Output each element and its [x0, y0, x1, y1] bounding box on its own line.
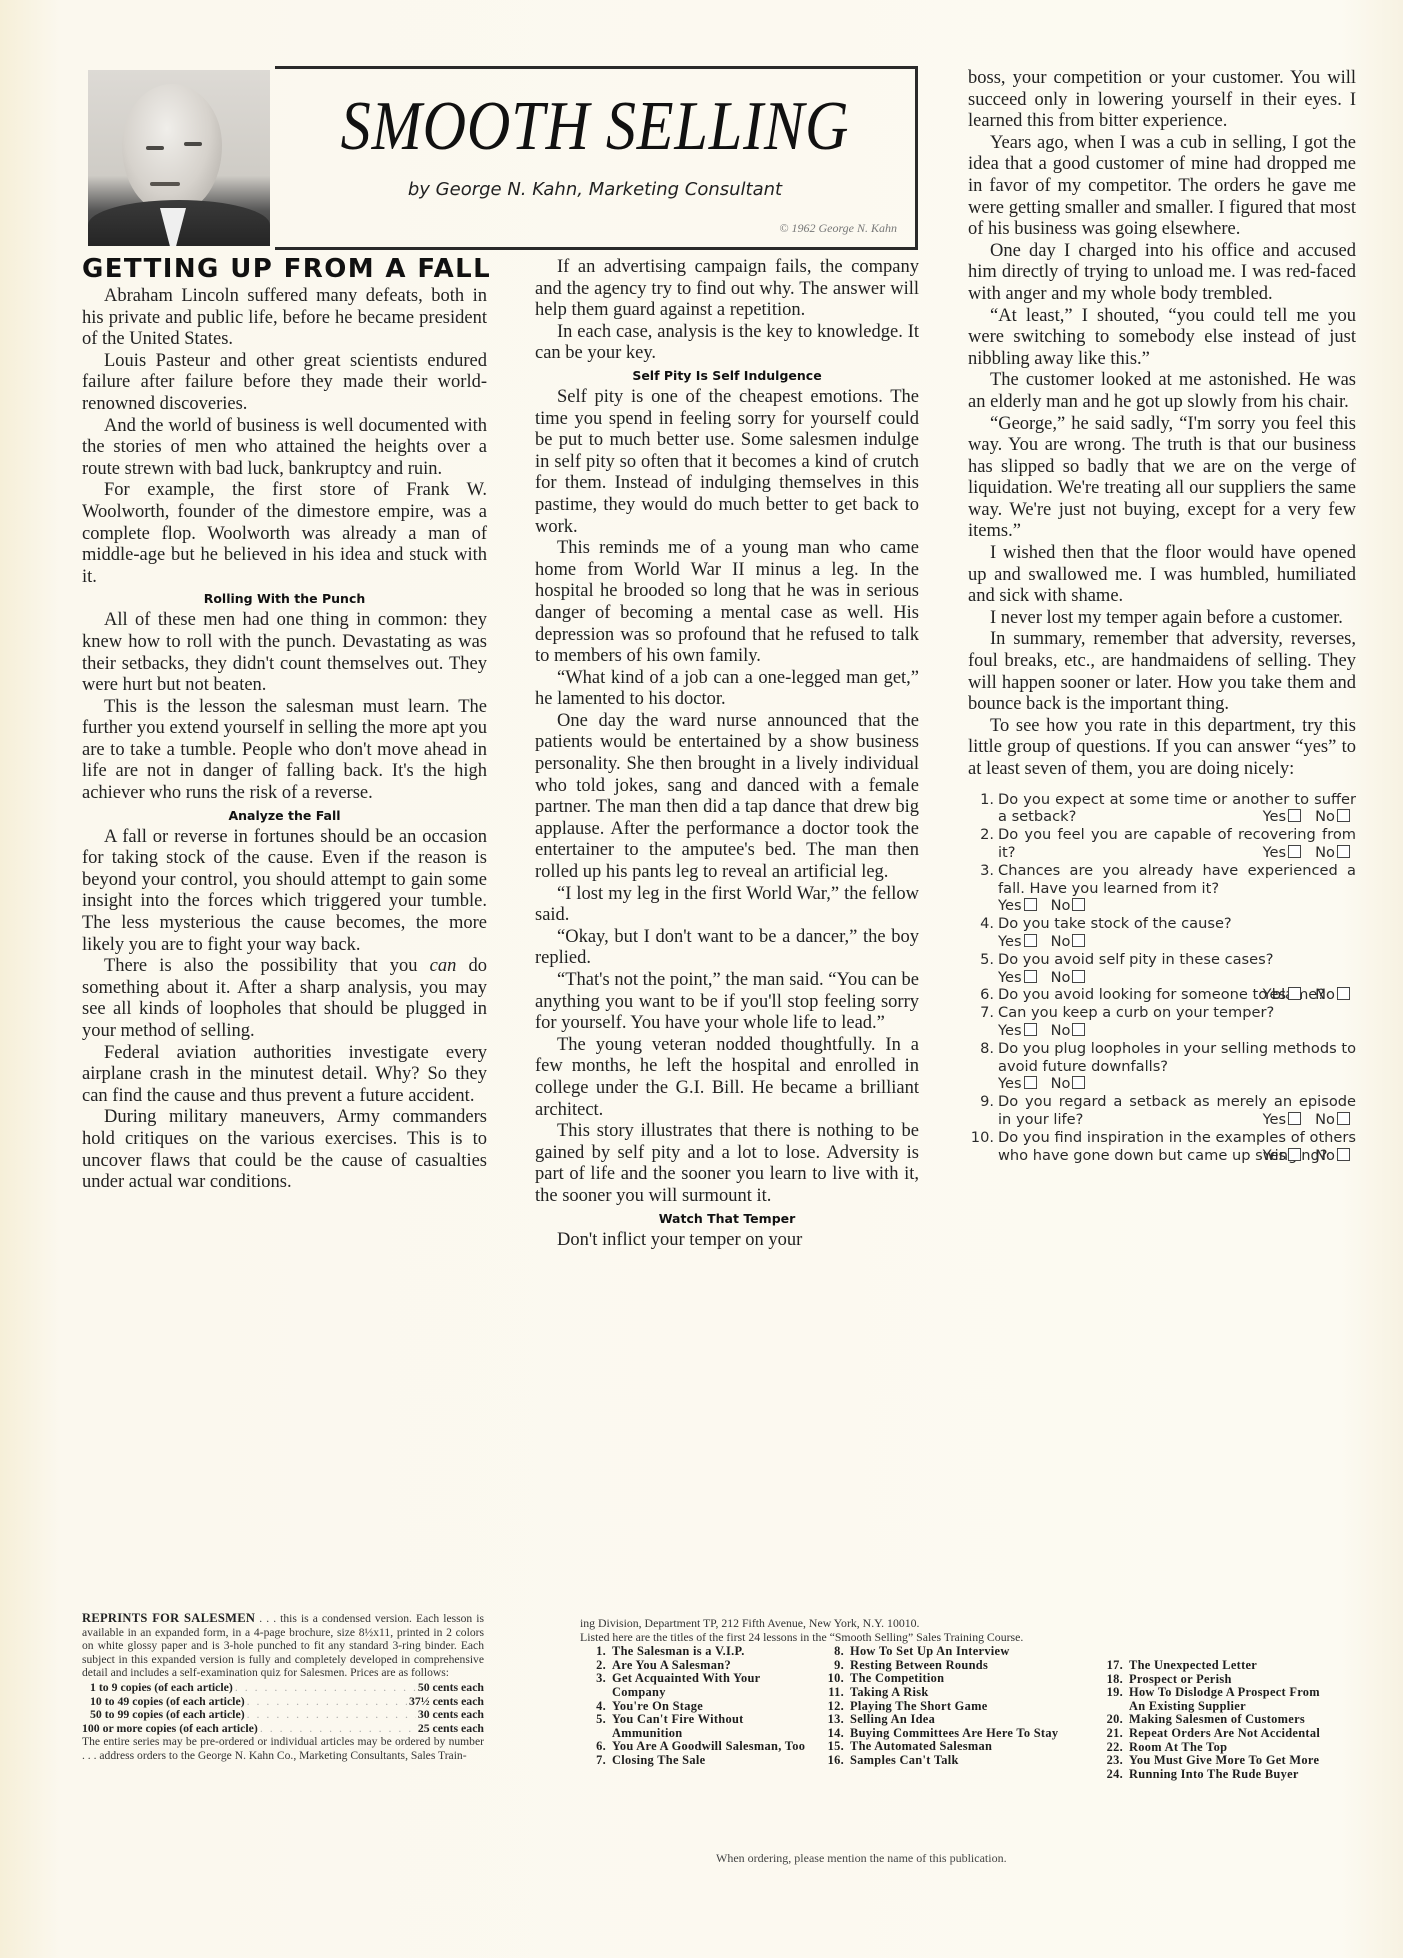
yes-checkbox[interactable]	[1288, 987, 1301, 1000]
lesson-number: 22.	[1095, 1741, 1123, 1755]
lesson-title: Taking A Risk	[850, 1686, 1088, 1700]
paragraph: One day the ward nurse announced that th…	[535, 711, 919, 884]
lessons-intro: Listed here are the titles of the first …	[580, 1631, 1088, 1645]
copyright-notice: © 1962 George N. Kahn	[779, 221, 897, 236]
no-checkbox[interactable]	[1072, 898, 1085, 911]
lesson-item: 6.You Are A Goodwill Salesman, Too	[580, 1740, 810, 1754]
question-number: 4.	[968, 915, 994, 933]
answer-options: YesNo	[998, 969, 1356, 987]
paragraph: I never lost my temper again before a cu…	[968, 608, 1356, 630]
author-photo	[88, 70, 270, 246]
paragraph: “What kind of a job can a one-legged man…	[535, 668, 919, 711]
price-quantity: 100 or more copies (of each article)	[82, 1722, 258, 1736]
paragraph: One day I charged into his office and ac…	[968, 241, 1356, 306]
question-number: 3.	[968, 862, 994, 880]
leader-dots: . . . . . . . . . . . . . . . . . . . .	[247, 1695, 407, 1709]
price-quantity: 10 to 49 copies (of each article)	[90, 1695, 245, 1709]
lessons-column-a: 1.The Salesman is a V.I.P.2.Are You A Sa…	[580, 1645, 810, 1767]
no-checkbox[interactable]	[1072, 1076, 1085, 1089]
lesson-title: Repeat Orders Are Not Accidental	[1129, 1727, 1335, 1741]
article-column-2: If an advertising campaign fails, the co…	[535, 257, 919, 1251]
quiz-question: 1.Do you expect at some time or another …	[968, 791, 1356, 827]
no-checkbox[interactable]	[1337, 845, 1350, 858]
leader-dots: . . . . . . . . . . . . . . . . . . . .	[235, 1681, 416, 1695]
order-instructions: The entire series may be pre-ordered or …	[82, 1735, 484, 1762]
paragraph: Federal aviation authorities investigate…	[82, 1043, 487, 1108]
lesson-item: 19.How To Dislodge A Prospect From An Ex…	[1095, 1686, 1335, 1713]
question-number: 6.	[968, 986, 994, 1004]
lessons-column-c-wrap: 17.The Unexpected Letter18.Prospect or P…	[1095, 1659, 1335, 1781]
no-label: No	[1315, 1111, 1335, 1128]
no-label: No	[1315, 986, 1335, 1003]
yes-label: Yes	[998, 1075, 1022, 1092]
paragraph: I wished then that the floor would have …	[968, 543, 1356, 608]
lesson-number: 11.	[818, 1686, 844, 1700]
paragraph: During military maneuvers, Army commande…	[82, 1107, 487, 1193]
lesson-number: 20.	[1095, 1713, 1123, 1727]
quiz-question: 6.Do you avoid looking for someone to bl…	[968, 986, 1356, 1004]
no-checkbox[interactable]	[1337, 1148, 1350, 1161]
lesson-item: 9.Resting Between Rounds	[818, 1659, 1088, 1673]
lesson-number: 8.	[818, 1645, 844, 1659]
ordering-note: When ordering, please mention the name o…	[716, 1851, 1007, 1866]
photo-eye	[146, 146, 164, 150]
price-quantity: 50 to 99 copies (of each article)	[90, 1708, 245, 1722]
column-3-body: boss, your competition or your customer.…	[968, 68, 1356, 781]
subheading: Self Pity Is Self Indulgence	[535, 366, 919, 386]
yes-label: Yes	[998, 1022, 1022, 1039]
lesson-title: Selling An Idea	[850, 1713, 1088, 1727]
price-list: 1 to 9 copies (of each article). . . . .…	[82, 1681, 484, 1735]
question-number: 10.	[968, 1129, 994, 1147]
yes-checkbox[interactable]	[1288, 845, 1301, 858]
lesson-title: The Competition	[850, 1672, 1088, 1686]
quiz-question: 7.Can you keep a curb on your temper?Yes…	[968, 1004, 1356, 1040]
lesson-item: 13.Selling An Idea	[818, 1713, 1088, 1727]
yes-label: Yes	[1263, 1147, 1287, 1164]
no-checkbox[interactable]	[1072, 1023, 1085, 1036]
lesson-title: Closing The Sale	[612, 1754, 810, 1768]
yes-checkbox[interactable]	[1288, 1148, 1301, 1161]
quiz-question: 9.Do you regard a setback as merely an e…	[968, 1093, 1356, 1129]
lesson-number: 4.	[580, 1700, 606, 1714]
no-checkbox[interactable]	[1072, 934, 1085, 947]
lesson-item: 12.Playing The Short Game	[818, 1700, 1088, 1714]
lesson-item: 11.Taking A Risk	[818, 1686, 1088, 1700]
no-label: No	[1051, 897, 1071, 914]
lesson-listing: ing Division, Department TP, 212 Fifth A…	[580, 1617, 1088, 1768]
paragraph: In summary, remember that adversity, rev…	[968, 629, 1356, 715]
leader-dots: . . . . . . . . . . . . . . . . . . . .	[260, 1722, 416, 1736]
lesson-item: 5.You Can't Fire Without Ammunition	[580, 1713, 810, 1740]
lessons-column-c: 17.The Unexpected Letter18.Prospect or P…	[1095, 1659, 1335, 1781]
paragraph: “George,” he said sadly, “I'm sorry you …	[968, 414, 1356, 544]
lesson-number: 12.	[818, 1700, 844, 1714]
question-number: 8.	[968, 1040, 994, 1058]
lesson-number: 17.	[1095, 1659, 1123, 1673]
yes-label: Yes	[998, 969, 1022, 986]
subheading: Watch That Temper	[535, 1209, 919, 1229]
answer-options: YesNo	[998, 844, 1356, 862]
yes-label: Yes	[1263, 986, 1287, 1003]
paragraph: Louis Pasteur and other great scientists…	[82, 351, 487, 416]
paragraph: This reminds me of a young man who came …	[535, 538, 919, 668]
self-quiz: 1.Do you expect at some time or another …	[968, 791, 1356, 1165]
lesson-title: Resting Between Rounds	[850, 1659, 1088, 1673]
quiz-question: 5.Do you avoid self pity in these cases?…	[968, 951, 1356, 987]
lesson-item: 22.Room At The Top	[1095, 1741, 1335, 1755]
lesson-title: Buying Committees Are Here To Stay	[850, 1727, 1088, 1741]
paragraph: This is the lesson the salesman must lea…	[82, 697, 487, 805]
price-row: 1 to 9 copies (of each article). . . . .…	[82, 1681, 484, 1695]
question-text: Chances are you already have experienced…	[998, 862, 1356, 898]
lesson-item: 2.Are You A Salesman?	[580, 1659, 810, 1673]
lesson-item: 1.The Salesman is a V.I.P.	[580, 1645, 810, 1659]
article-column-3: boss, your competition or your customer.…	[968, 68, 1356, 1164]
lesson-title: The Salesman is a V.I.P.	[612, 1645, 810, 1659]
lesson-item: 24.Running Into The Rude Buyer	[1095, 1768, 1335, 1782]
quiz-question: 8.Do you plug loopholes in your selling …	[968, 1040, 1356, 1093]
quiz-question: 10.Do you find inspiration in the exampl…	[968, 1129, 1356, 1165]
reprints-notice: REPRINTS FOR SALESMEN . . . this is a co…	[82, 1612, 484, 1763]
question-text: Do you avoid self pity in these cases?	[998, 951, 1356, 969]
byline: by George N. Kahn, Marketing Consultant	[275, 179, 915, 200]
question-text: Can you keep a curb on your temper?	[998, 1004, 1356, 1022]
emphasis: can	[430, 956, 457, 976]
lesson-title: The Unexpected Letter	[1129, 1659, 1335, 1673]
paragraph: The customer looked at me astonished. He…	[968, 370, 1356, 413]
paragraph: The young veteran nodded thoughtfully. I…	[535, 1035, 919, 1121]
lesson-title: You're On Stage	[612, 1700, 810, 1714]
no-label: No	[1051, 1075, 1071, 1092]
lessons-grid: 1.The Salesman is a V.I.P.2.Are You A Sa…	[580, 1645, 1088, 1767]
no-checkbox[interactable]	[1337, 809, 1350, 822]
lesson-title: Get Acquainted With Your Company	[612, 1672, 810, 1699]
lesson-item: 15.The Automated Salesman	[818, 1740, 1088, 1754]
paragraph: Don't inflict your temper on your	[535, 1230, 919, 1252]
lesson-item: 3.Get Acquainted With Your Company	[580, 1672, 810, 1699]
lesson-title: You Can't Fire Without Ammunition	[612, 1713, 810, 1740]
no-checkbox[interactable]	[1337, 1112, 1350, 1125]
paragraph: In each case, analysis is the key to kno…	[535, 322, 919, 365]
paragraph: This story illustrates that there is not…	[535, 1121, 919, 1207]
lesson-number: 15.	[818, 1740, 844, 1754]
order-address: ing Division, Department TP, 212 Fifth A…	[580, 1617, 1088, 1631]
reprints-lead: REPRINTS FOR SALESMEN	[82, 1611, 255, 1625]
answer-options: YesNo	[998, 1075, 1356, 1093]
photo-head	[122, 84, 222, 212]
paragraph: Self pity is one of the cheapest emotion…	[535, 387, 919, 538]
paragraph-text: There is also the possibility that you	[104, 956, 430, 976]
price-value: 37½ cents each	[409, 1695, 484, 1709]
lesson-number: 3.	[580, 1672, 606, 1699]
yes-checkbox[interactable]	[1024, 898, 1037, 911]
price-value: 30 cents each	[418, 1708, 484, 1722]
lesson-title: How To Set Up An Interview	[850, 1645, 1088, 1659]
price-row: 10 to 49 copies (of each article). . . .…	[82, 1695, 484, 1709]
lesson-number: 10.	[818, 1672, 844, 1686]
no-label: No	[1315, 844, 1335, 861]
article-headline: GETTING UP FROM A FALL	[82, 254, 487, 284]
paragraph: “Okay, but I don't want to be a dancer,”…	[535, 927, 919, 970]
answer-options: YesNo	[998, 897, 1356, 915]
lesson-item: 7.Closing The Sale	[580, 1754, 810, 1768]
page-title: SMOOTH SELLING	[320, 87, 870, 167]
paragraph: “At least,” I shouted, “you could tell m…	[968, 306, 1356, 371]
paragraph: Abraham Lincoln suffered many defeats, b…	[82, 286, 487, 351]
photo-eye	[184, 142, 202, 146]
no-label: No	[1051, 1022, 1071, 1039]
quiz-question: 4.Do you take stock of the cause?YesNo	[968, 915, 1356, 951]
lesson-title: How To Dislodge A Prospect From An Exist…	[1129, 1686, 1335, 1713]
lesson-item: 21.Repeat Orders Are Not Accidental	[1095, 1727, 1335, 1741]
question-text: Do you take stock of the cause?	[998, 915, 1356, 933]
lesson-item: 20.Making Salesmen of Customers	[1095, 1713, 1335, 1727]
paragraph: All of these men had one thing in common…	[82, 610, 487, 696]
masthead: SMOOTH SELLING by George N. Kahn, Market…	[275, 66, 918, 250]
reprints-intro: REPRINTS FOR SALESMEN . . . this is a co…	[82, 1612, 484, 1680]
lesson-title: Making Salesmen of Customers	[1129, 1713, 1335, 1727]
paragraph: “I lost my leg in the first World War,” …	[535, 884, 919, 927]
paragraph: And the world of business is well docume…	[82, 416, 487, 481]
lesson-item: 18.Prospect or Perish	[1095, 1673, 1335, 1687]
price-quantity: 1 to 9 copies (of each article)	[90, 1681, 233, 1695]
lesson-item: 10.The Competition	[818, 1672, 1088, 1686]
yes-label: Yes	[1263, 808, 1287, 825]
lesson-number: 6.	[580, 1740, 606, 1754]
yes-checkbox[interactable]	[1024, 970, 1037, 983]
no-label: No	[1315, 808, 1335, 825]
no-label: No	[1051, 933, 1071, 950]
yes-label: Yes	[998, 933, 1022, 950]
quiz-question: 3.Chances are you already have experienc…	[968, 862, 1356, 915]
lesson-item: 14.Buying Committees Are Here To Stay	[818, 1727, 1088, 1741]
price-row: 50 to 99 copies (of each article). . . .…	[82, 1708, 484, 1722]
lesson-number: 18.	[1095, 1673, 1123, 1687]
leader-dots: . . . . . . . . . . . . . . . . . . . .	[247, 1708, 416, 1722]
lesson-number: 2.	[580, 1659, 606, 1673]
answer-options: YesNo	[998, 933, 1356, 951]
question-text: Do you plug loopholes in your selling me…	[998, 1040, 1356, 1076]
lesson-number: 16.	[818, 1754, 844, 1768]
question-number: 5.	[968, 951, 994, 969]
lesson-number: 13.	[818, 1713, 844, 1727]
subheading: Rolling With the Punch	[82, 589, 487, 609]
price-value: 25 cents each	[418, 1722, 484, 1736]
lesson-item: 23.You Must Give More To Get More	[1095, 1754, 1335, 1768]
yes-checkbox[interactable]	[1024, 934, 1037, 947]
lesson-title: Room At The Top	[1129, 1741, 1335, 1755]
yes-checkbox[interactable]	[1288, 809, 1301, 822]
question-number: 2.	[968, 826, 994, 844]
photo-mouth	[150, 182, 180, 186]
lesson-title: You Must Give More To Get More	[1129, 1754, 1335, 1768]
question-number: 7.	[968, 1004, 994, 1022]
lesson-number: 1.	[580, 1645, 606, 1659]
lessons-column-b: 8.How To Set Up An Interview9.Resting Be…	[818, 1645, 1088, 1767]
question-number: 9.	[968, 1093, 994, 1111]
lesson-number: 23.	[1095, 1754, 1123, 1768]
paragraph: boss, your competition or your customer.…	[968, 68, 1356, 133]
lesson-number: 21.	[1095, 1727, 1123, 1741]
no-checkbox[interactable]	[1337, 987, 1350, 1000]
lesson-number: 14.	[818, 1727, 844, 1741]
price-value: 50 cents each	[418, 1681, 484, 1695]
lesson-item: 4.You're On Stage	[580, 1700, 810, 1714]
subheading: Analyze the Fall	[82, 806, 487, 826]
column-2-body: If an advertising campaign fails, the co…	[535, 257, 919, 1251]
no-label: No	[1051, 969, 1071, 986]
lesson-title: Playing The Short Game	[850, 1700, 1088, 1714]
yes-checkbox[interactable]	[1288, 1112, 1301, 1125]
no-checkbox[interactable]	[1072, 970, 1085, 983]
lesson-item: 16.Samples Can't Talk	[818, 1754, 1088, 1768]
lesson-number: 7.	[580, 1754, 606, 1768]
lesson-number: 9.	[818, 1659, 844, 1673]
column-1-body: Abraham Lincoln suffered many defeats, b…	[82, 286, 487, 1194]
paragraph: “That's not the point,” the man said. “Y…	[535, 970, 919, 1035]
lesson-number: 5.	[580, 1713, 606, 1740]
yes-label: Yes	[998, 897, 1022, 914]
paragraph: A fall or reverse in fortunes should be …	[82, 827, 487, 957]
lesson-title: Are You A Salesman?	[612, 1659, 810, 1673]
lesson-number: 19.	[1095, 1686, 1123, 1713]
lesson-item: 17.The Unexpected Letter	[1095, 1659, 1335, 1673]
no-label: No	[1315, 1147, 1335, 1164]
paragraph: To see how you rate in this department, …	[968, 716, 1356, 781]
lesson-title: Running Into The Rude Buyer	[1129, 1768, 1335, 1782]
lesson-title: Prospect or Perish	[1129, 1673, 1335, 1687]
lesson-title: Samples Can't Talk	[850, 1754, 1088, 1768]
lesson-item: 8.How To Set Up An Interview	[818, 1645, 1088, 1659]
question-number: 1.	[968, 791, 994, 809]
price-row: 100 or more copies (of each article). . …	[82, 1722, 484, 1736]
paragraph: For example, the first store of Frank W.…	[82, 480, 487, 588]
paragraph: If an advertising campaign fails, the co…	[535, 257, 919, 322]
answer-options: YesNo	[998, 1022, 1356, 1040]
paragraph: There is also the possibility that you c…	[82, 956, 487, 1042]
yes-label: Yes	[1263, 844, 1287, 861]
article-column-1: GETTING UP FROM A FALL Abraham Lincoln s…	[82, 254, 487, 1194]
lesson-number: 24.	[1095, 1768, 1123, 1782]
lesson-title: You Are A Goodwill Salesman, Too	[612, 1740, 810, 1754]
yes-label: Yes	[1263, 1111, 1287, 1128]
quiz-question: 2.Do you feel you are capable of recover…	[968, 826, 1356, 862]
yes-checkbox[interactable]	[1024, 1076, 1037, 1089]
paragraph: Years ago, when I was a cub in selling, …	[968, 133, 1356, 241]
lesson-title: The Automated Salesman	[850, 1740, 1088, 1754]
yes-checkbox[interactable]	[1024, 1023, 1037, 1036]
